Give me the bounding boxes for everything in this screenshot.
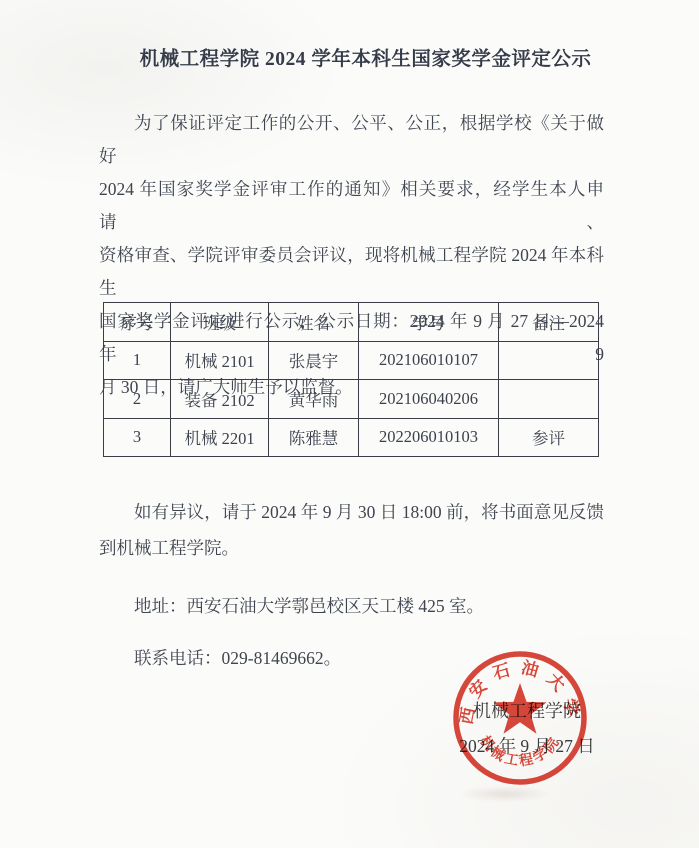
body-line: 资格审查、学院评审委员会评议，现将机械工程学院 2024 年本科生 [99, 239, 604, 305]
svg-text:机械工程学院: 机械工程学院 [476, 733, 563, 770]
col-header-student-id: 学号 [359, 303, 499, 342]
cell-remark [499, 380, 599, 419]
cell-seq: 1 [104, 341, 171, 380]
body-line: 为了保证评定工作的公开、公平、公正，根据学校《关于做好 [99, 107, 604, 173]
cell-name: 黄华雨 [269, 380, 359, 419]
col-header-name: 姓名 [269, 303, 359, 342]
cell-class: 机械 2201 [171, 418, 269, 457]
cell-seq: 3 [104, 418, 171, 457]
body-line: 2024 年国家奖学金评审工作的通知》相关要求，经学生本人申请、 [99, 173, 604, 239]
col-header-seq: 序号 [104, 303, 171, 342]
table-row: 3 机械 2201 陈雅慧 202206010103 参评 [104, 418, 599, 457]
col-header-class: 班级 [171, 303, 269, 342]
scholarship-candidates-table: 序号 班级 姓名 学号 备注 1 机械 2101 张晨宇 20210601010… [103, 302, 599, 457]
table-row: 2 装备 2102 黄华雨 202106040206 [104, 380, 599, 419]
official-seal: 西安石油大学 机械工程学院 [445, 645, 595, 795]
cell-student-id: 202106010107 [359, 341, 499, 380]
objection-line: 到机械工程学院。 [99, 530, 604, 566]
cell-name: 张晨宇 [269, 341, 359, 380]
address-line: 地址：西安石油大学鄠邑校区天工楼 425 室。 [99, 593, 604, 618]
objection-paragraph: 如有异议，请于 2024 年 9 月 30 日 18:00 前，将书面意见反馈 … [99, 494, 604, 566]
cell-class: 装备 2102 [171, 380, 269, 419]
seal-college-text: 机械工程学院 [476, 733, 563, 770]
col-header-remark: 备注 [499, 303, 599, 342]
cell-remark [499, 341, 599, 380]
page-title: 机械工程学院 2024 学年本科生国家奖学金评定公示 [0, 43, 699, 71]
cell-student-id: 202206010103 [359, 418, 499, 457]
cell-student-id: 202106040206 [359, 380, 499, 419]
cell-class: 机械 2101 [171, 341, 269, 380]
objection-line: 如有异议，请于 2024 年 9 月 30 日 18:00 前，将书面意见反馈 [99, 494, 604, 530]
scanned-notice-page: 机械工程学院 2024 学年本科生国家奖学金评定公示 为了保证评定工作的公开、公… [0, 0, 699, 848]
star-icon [493, 683, 546, 734]
cell-name: 陈雅慧 [269, 418, 359, 457]
cell-seq: 2 [104, 380, 171, 419]
cell-remark: 参评 [499, 418, 599, 457]
table-header-row: 序号 班级 姓名 学号 备注 [104, 303, 599, 342]
table-row: 1 机械 2101 张晨宇 202106010107 [104, 341, 599, 380]
